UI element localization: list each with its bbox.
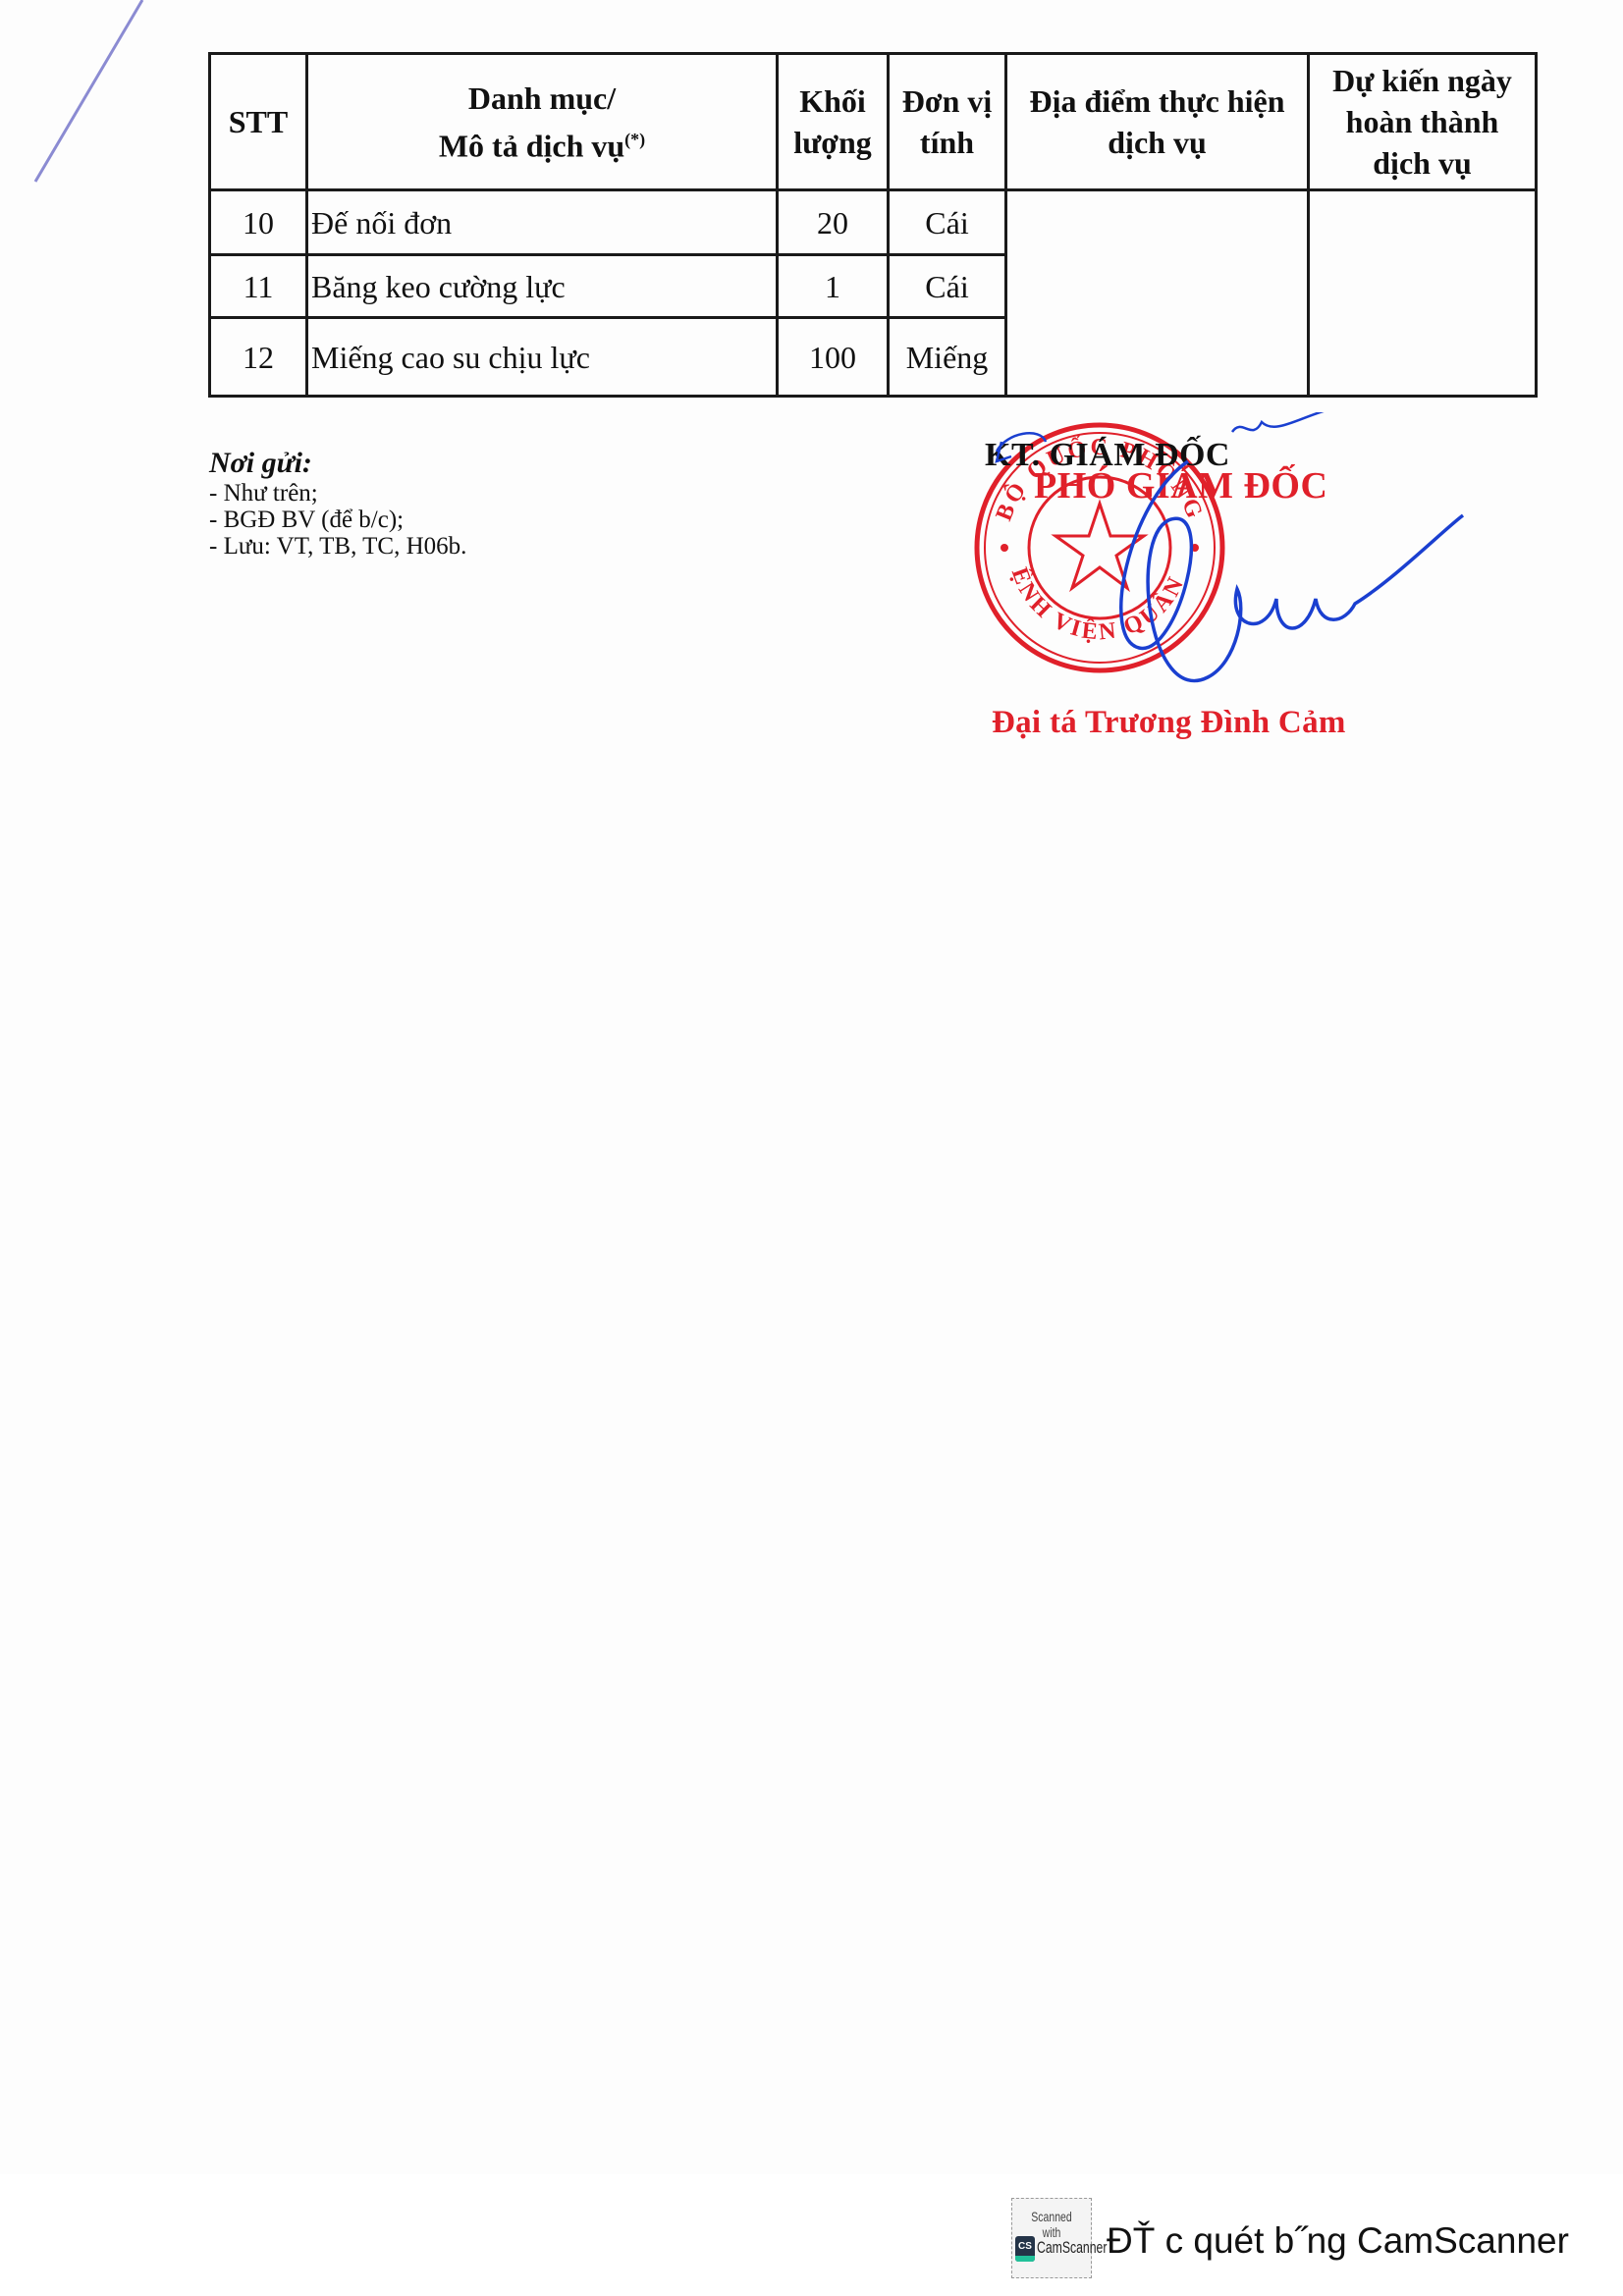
- camscanner-badge: Scanned with CS CamScanner: [1011, 2198, 1092, 2278]
- recipient-item: - BGĐ BV (để b/c);: [209, 507, 466, 533]
- header-location: Địa điểm thực hiện dịch vụ: [1006, 54, 1309, 190]
- header-unit: Đơn vị tính: [889, 54, 1006, 190]
- cell-description: Băng keo cường lực: [307, 255, 778, 318]
- camscanner-logo-icon: CS: [1015, 2236, 1035, 2262]
- table-header-row: STT Danh mục/ Mô tả dịch vụ(*) Khối lượn…: [210, 54, 1537, 190]
- handwritten-signature-icon: [982, 412, 1473, 726]
- services-table: STT Danh mục/ Mô tả dịch vụ(*) Khối lượn…: [208, 52, 1538, 398]
- header-stt: STT: [210, 54, 307, 190]
- table-row: 10 Đế nối đơn 20 Cái: [210, 190, 1537, 255]
- cell-stt: 11: [210, 255, 307, 318]
- cell-stt: 10: [210, 190, 307, 255]
- cell-quantity: 100: [778, 318, 889, 397]
- recipient-item: - Như trên;: [209, 480, 466, 507]
- cell-location: [1006, 190, 1309, 397]
- cell-stt: 12: [210, 318, 307, 397]
- recipient-item: - Lưu: VT, TB, TC, H06b.: [209, 533, 466, 560]
- cell-quantity: 1: [778, 255, 889, 318]
- recipients-title: Nơi gửi:: [209, 447, 466, 480]
- recipients-block: Nơi gửi: - Như trên; - BGĐ BV (để b/c); …: [209, 447, 466, 560]
- cell-unit: Cái: [889, 190, 1006, 255]
- header-quantity: Khối lượng: [778, 54, 889, 190]
- header-description: Danh mục/ Mô tả dịch vụ(*): [307, 54, 778, 190]
- cell-description: Miếng cao su chịu lực: [307, 318, 778, 397]
- cell-unit: Cái: [889, 255, 1006, 318]
- scan-caption: ĐŤ c quét b˝ng CamScanner: [1107, 2220, 1569, 2262]
- cell-unit: Miếng: [889, 318, 1006, 397]
- badge-brand-name: CamScanner: [1037, 2238, 1107, 2258]
- page-edge-line: [0, 0, 196, 216]
- cell-quantity: 20: [778, 190, 889, 255]
- signer-name: Đại tá Trương Đình Cảm: [992, 705, 1346, 741]
- cell-completion-date: [1309, 190, 1537, 397]
- cell-description: Đế nối đơn: [307, 190, 778, 255]
- header-completion-date: Dự kiến ngày hoàn thành dịch vụ: [1309, 54, 1537, 190]
